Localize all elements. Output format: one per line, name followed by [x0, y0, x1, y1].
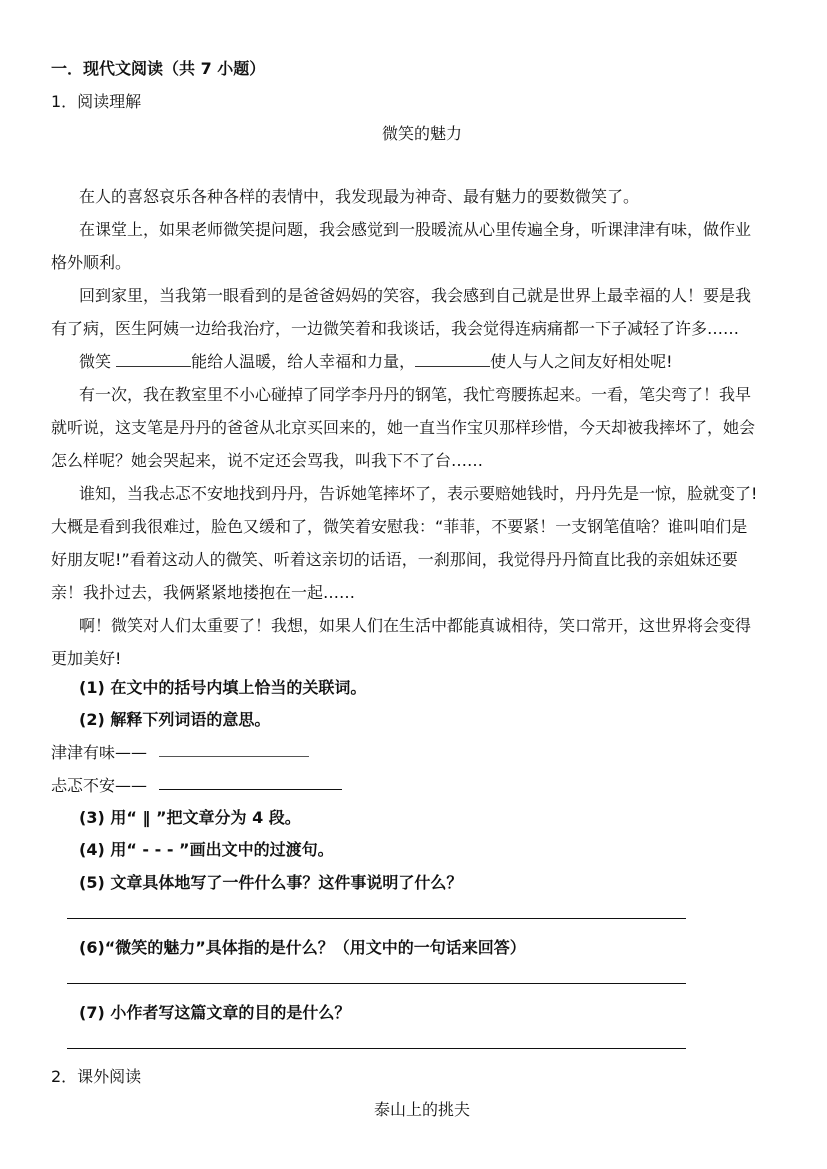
paragraph-7: 啊！微笑对人们太重要了！我想，如果人们在生活中都能真诚相待，笑口常开，这世界将会…	[51, 609, 777, 675]
answer-line-q7[interactable]	[67, 1048, 686, 1049]
paragraph-1: 在人的喜怒哀乐各种各样的表情中，我发现最为神奇、最有魅力的要数微笑了。	[51, 180, 777, 213]
sub-question-6: (6)“微笑的魅力”具体指的是什么？（用文中的一句话来回答）	[79, 935, 526, 958]
term-1: 津津有味——	[51, 740, 147, 763]
term-2: 忐忑不安——	[51, 773, 147, 796]
sub-question-5: (5) 文章具体地写了一件什么事？这件事说明了什么？	[79, 870, 462, 893]
section-title: 一．现代文阅读（共 7 小题）	[51, 56, 265, 79]
question-2-label: 2．课外阅读	[51, 1064, 141, 1087]
paragraph-6: 谁知，当我忐忑不安地找到丹丹，告诉她笔摔坏了，表示要赔她钱时，丹丹先是一惊，脸就…	[51, 477, 777, 609]
passage-title: 微笑的魅力	[382, 121, 462, 144]
paragraph-3: 回到家里，当我第一眼看到的是爸爸妈妈的笑容，我会感到自己就是世界上最幸福的人！要…	[51, 279, 777, 345]
sub-question-7: (7) 小作者写这篇文章的目的是什么？	[79, 1000, 350, 1023]
passage-2-title: 泰山上的挑夫	[374, 1097, 470, 1120]
paragraph-5: 有一次，我在教室里不小心碰掉了同学李丹丹的钢笔，我忙弯腰拣起来。一看，笔尖弯了！…	[51, 378, 777, 477]
question-1-label: 1．阅读理解	[51, 89, 141, 112]
answer-line-q6[interactable]	[67, 983, 686, 984]
sub-question-1: (1) 在文中的括号内填上恰当的关联词。	[79, 675, 366, 698]
answer-line-q5[interactable]	[67, 918, 686, 919]
fill-blank-1[interactable]	[116, 365, 191, 367]
answer-line-term-1[interactable]	[159, 756, 309, 757]
paragraph-2: 在课堂上，如果老师微笑提问题，我会感觉到一股暖流从心里传遍全身，听课津津有味，做…	[51, 213, 777, 279]
passage-body: 在人的喜怒哀乐各种各样的表情中，我发现最为神奇、最有魅力的要数微笑了。 在课堂上…	[51, 180, 777, 675]
answer-line-term-2[interactable]	[159, 789, 342, 790]
fill-blank-2[interactable]	[415, 365, 490, 367]
sub-question-4: (4) 用“ - - - ”画出文中的过渡句。	[79, 837, 334, 860]
paragraph-4: 微笑 能给人温暖，给人幸福和力量，使人与人之间友好相处呢!	[51, 345, 777, 378]
sub-question-3: (3) 用“ ‖ ”把文章分为 4 段。	[79, 805, 301, 828]
sub-question-2: (2) 解释下列词语的意思。	[79, 707, 270, 730]
